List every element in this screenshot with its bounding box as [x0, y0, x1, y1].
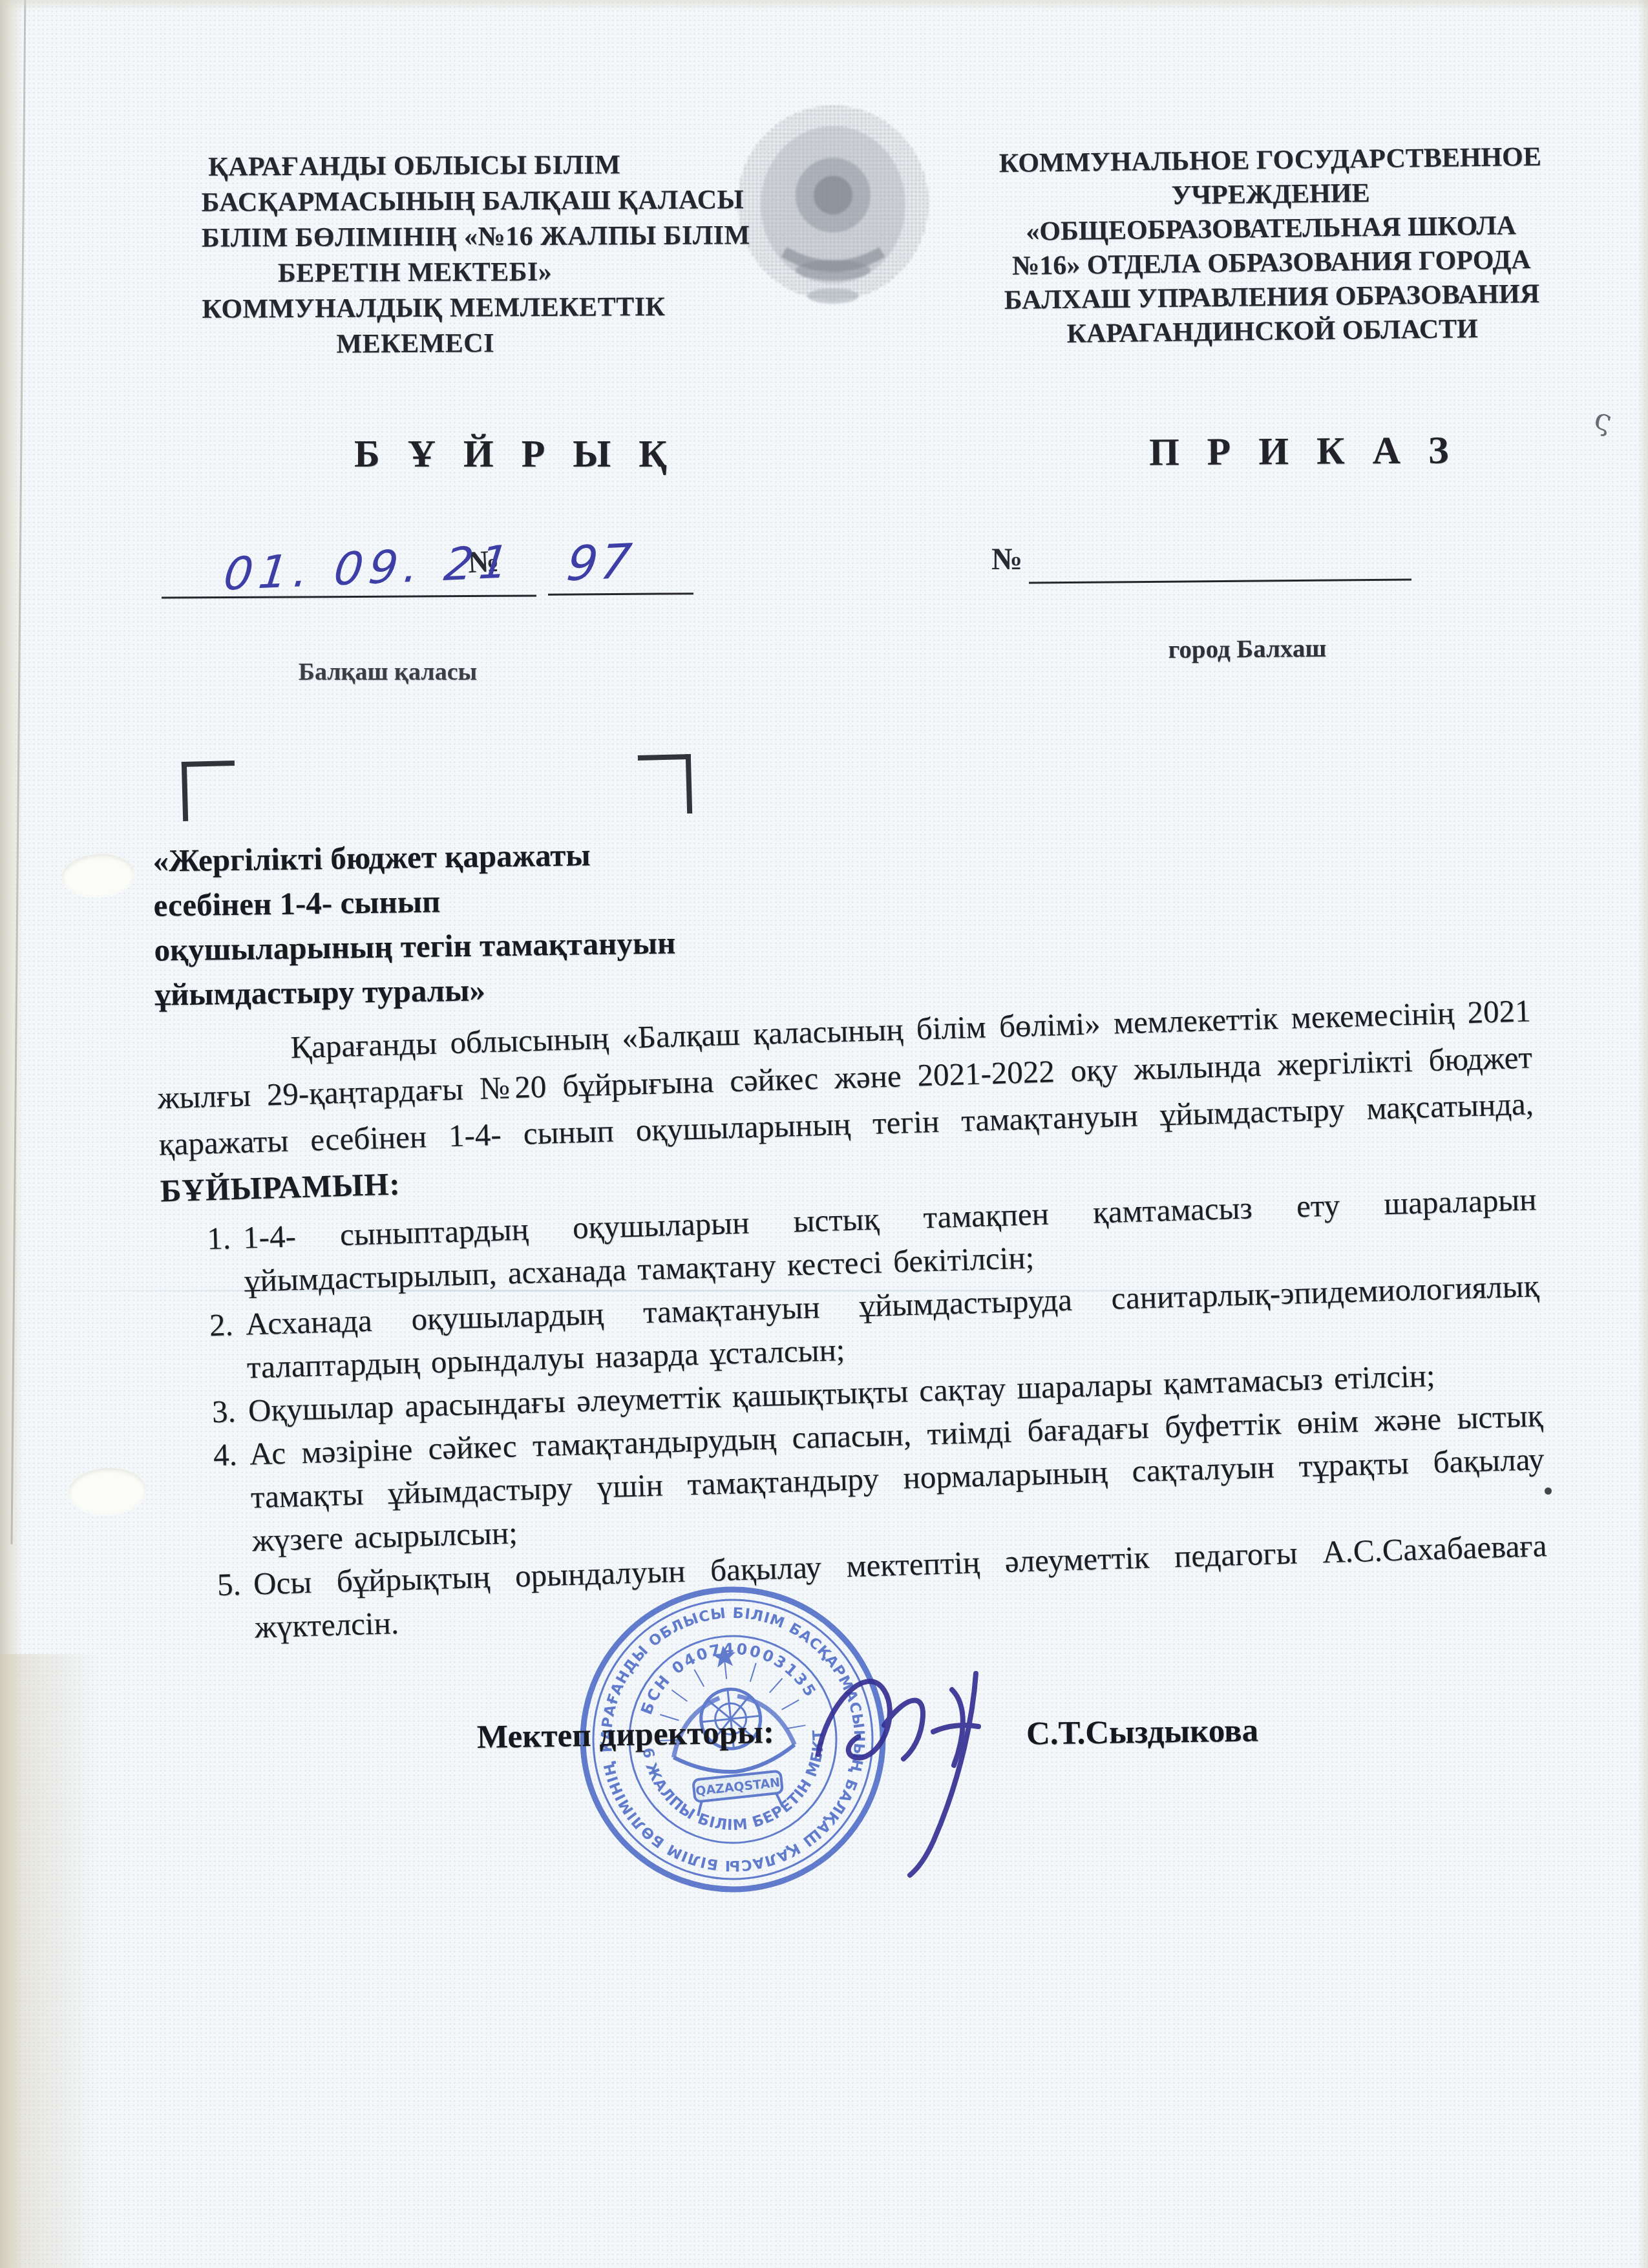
order-heading-kazakh: Б Ұ Й Р Ы Қ [354, 432, 676, 476]
corner-mark-left [182, 761, 236, 821]
handwritten-date: 01. 09. 21 [221, 535, 517, 600]
order-item-number: 3. [211, 1389, 237, 1433]
number-sign-russian: № [991, 541, 1022, 577]
org-kk-line: ҚАРАҒАНДЫ ОБЛЫСЫ БІЛІМ [201, 147, 628, 185]
place-name-russian: город Балхаш [1130, 633, 1365, 664]
place-name-kazakh: Балқаш қаласы [271, 658, 504, 686]
number-rule-left [548, 593, 693, 596]
subject-line: есебінен 1-4- сынып [153, 876, 675, 927]
subject-line: оқушыларының тегін тамақтануын [154, 920, 676, 972]
signature-label: Мектеп директоры: [477, 1714, 775, 1756]
intro-keyword: БҰЙЫРАМЫН: [160, 1166, 401, 1208]
subject-line: ұйымдастыру туралы» [154, 965, 677, 1016]
order-item-number: 2. [209, 1303, 234, 1347]
org-name-russian: КОММУНАЛЬНОЕ ГОСУДАРСТВЕННОЕ УЧРЕЖДЕНИЕ … [937, 140, 1605, 353]
date-rule-left [162, 594, 536, 598]
ink-speck [1545, 1487, 1552, 1495]
handwritten-order-number: 97 [564, 534, 637, 592]
intro-text: Қарағанды облысының «Балқаш қаласының бі… [157, 992, 1534, 1162]
corner-mark-right [638, 754, 692, 815]
subject-line: «Жергілікті бюджет қаражаты [153, 831, 675, 883]
pen-curl-mark: ς [1591, 401, 1616, 439]
order-item-number: 5. [217, 1562, 242, 1606]
scan-edge-top [0, 0, 1648, 10]
order-heading-russian: П Р И К А З [1149, 428, 1458, 474]
order-item-number: 4. [213, 1433, 238, 1476]
punch-hole-bottom [67, 1466, 147, 1517]
kazakhstan-emblem-faded-icon [735, 105, 931, 313]
scan-edge-right [1638, 0, 1648, 2268]
org-kk-line: БІЛІМ БӨЛІМІНІҢ «№16 ЖАЛПЫ БІЛІМ [202, 218, 628, 256]
scanned-order-document: ς ҚАРАҒАНДЫ ОБЛЫСЫ БІЛІМ БАСҚАРМАСЫНЫҢ Б… [0, 0, 1648, 2268]
director-signature [807, 1628, 1026, 1900]
signature-name: С.Т.Сыздыкова [1026, 1712, 1259, 1752]
org-name-kazakh: ҚАРАҒАНДЫ ОБЛЫСЫ БІЛІМ БАСҚАРМАСЫНЫҢ БАЛ… [201, 147, 629, 362]
order-item-number: 1. [206, 1216, 231, 1260]
org-kk-line: БЕРЕТІН МЕКТЕБІ» [202, 254, 628, 291]
org-kk-line: МЕКЕМЕСІ [202, 325, 629, 362]
org-kk-line: КОММУНАЛДЫҚ МЕМЛЕКЕТТІК [202, 289, 628, 327]
number-rule-right [1029, 578, 1411, 583]
order-subject: «Жергілікті бюджет қаражаты есебінен 1-4… [153, 831, 677, 1016]
scan-corner-bottom-left [0, 1654, 97, 2268]
punch-hole-top [61, 852, 136, 899]
org-kk-line: БАСҚАРМАСЫНЫҢ БАЛҚАШ ҚАЛАСЫ [201, 183, 628, 220]
intro-paragraph: Қарағанды облысының «Балқаш қаласының бі… [155, 987, 1536, 1214]
order-body: Қарағанды облысының «Балқаш қаласының бі… [155, 987, 1548, 1651]
